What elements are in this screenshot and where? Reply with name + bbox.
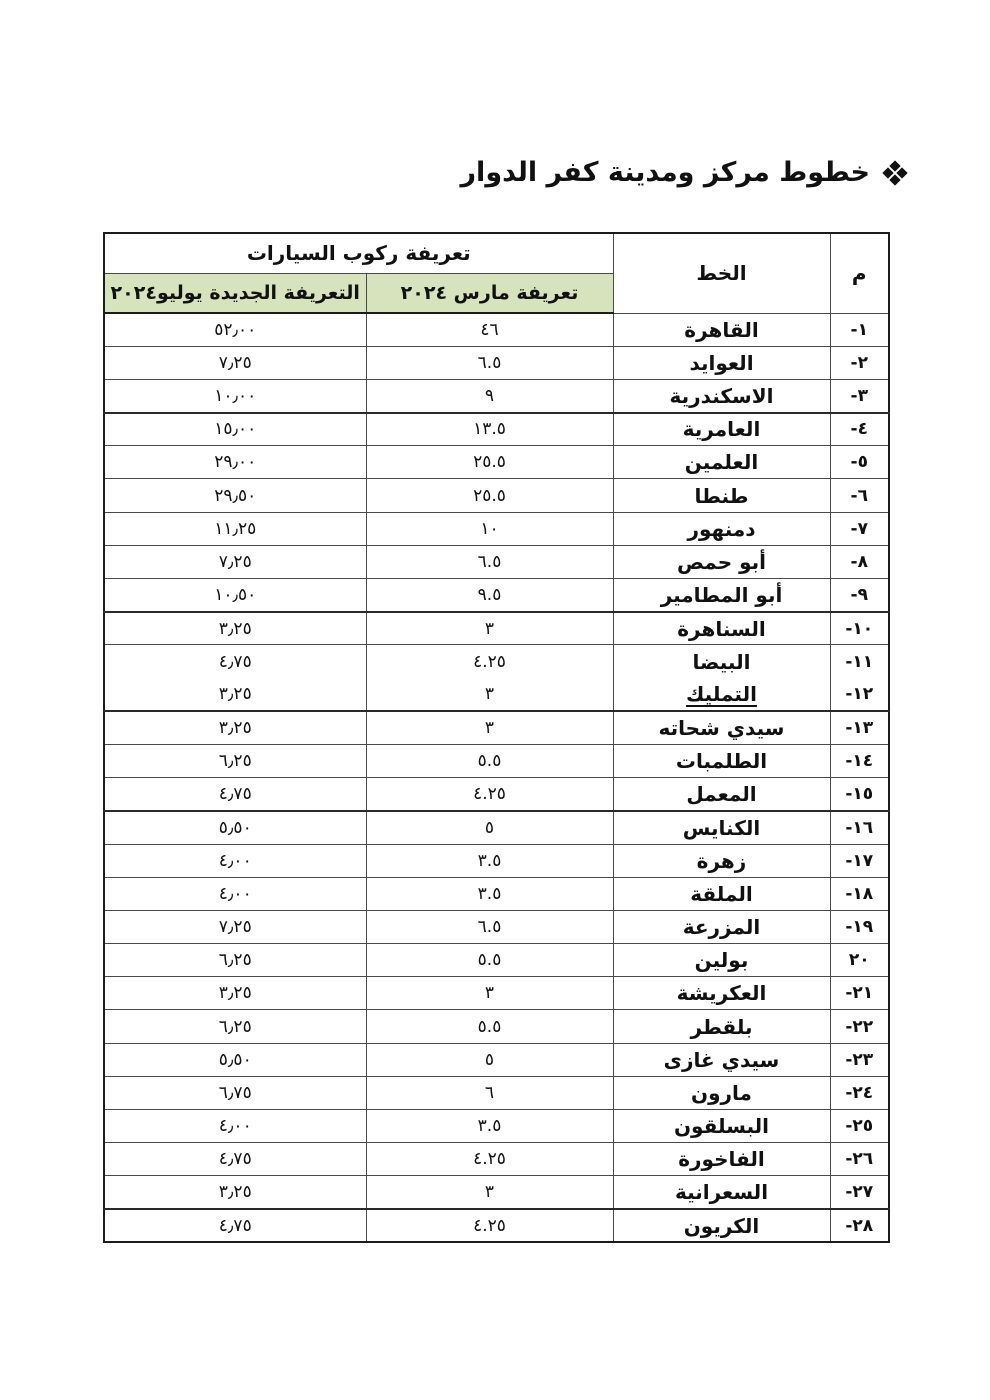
row-number: -١٣ (830, 711, 889, 744)
march-2024-fare: ٢٥.٥ (366, 446, 613, 479)
march-2024-fare: ١٠ (366, 512, 613, 545)
march-2024-fare: ٤.٢٥ (366, 778, 613, 811)
july-2024-fare: ٢٩٫٠٠ (104, 446, 366, 479)
line-name: التمليك (686, 682, 757, 706)
table-row: -٢٦ الفاخورة ٤.٢٥ ٤٫٧٥ (104, 1143, 889, 1176)
line-name: بلقطر (691, 1015, 753, 1039)
line-name: الكنايس (683, 816, 760, 840)
july-2024-fare: ٢٩٫٥٠ (104, 479, 366, 512)
july-2024-fare: ٦٫٢٥ (104, 944, 366, 977)
table-row: -٢٤ مارون ٦ ٦٫٧٥ (104, 1076, 889, 1109)
row-number: -١٥ (830, 778, 889, 811)
march-2024-fare: ٣ (366, 711, 613, 744)
line-name-cell: الطلمبات (613, 744, 830, 777)
line-name: سيدي شحاته (659, 716, 785, 740)
line-name-cell: أبو حمص (613, 545, 830, 578)
table-row: -٥ العلمين ٢٥.٥ ٢٩٫٠٠ (104, 446, 889, 479)
line-name-cell: الملقة (613, 877, 830, 910)
row-number: -٢٧ (830, 1176, 889, 1209)
line-name-cell: بلقطر (613, 1010, 830, 1043)
line-name-cell: البيضا (613, 645, 830, 678)
line-name: أبو حمص (677, 550, 766, 574)
march-2024-fare: ٣.٥ (366, 844, 613, 877)
july-2024-fare: ٤٫٠٠ (104, 844, 366, 877)
line-name: الكريون (684, 1214, 760, 1238)
row-number: -١٠ (830, 612, 889, 645)
line-name-cell: العلمين (613, 446, 830, 479)
july-2024-fare: ٣٫٢٥ (104, 977, 366, 1010)
march-2024-fare: ٩ (366, 379, 613, 412)
line-name-cell: الكنايس (613, 811, 830, 844)
line-name-cell: الكريون (613, 1209, 830, 1242)
table-row: -٢٧ السعرانية ٣ ٣٫٢٥ (104, 1176, 889, 1209)
line-name-cell: القاهرة (613, 313, 830, 346)
line-name-cell: أبو المطامير (613, 579, 830, 612)
july-2024-fare: ٤٫٧٥ (104, 778, 366, 811)
line-name: دمنهور (687, 517, 755, 541)
line-name-cell: البسلقون (613, 1110, 830, 1143)
line-name-cell: الفاخورة (613, 1143, 830, 1176)
line-name-cell: المعمل (613, 778, 830, 811)
line-name-cell: بولين (613, 944, 830, 977)
march-2024-fare: ٦.٥ (366, 910, 613, 943)
row-number: -١١ (830, 645, 889, 678)
july-2024-fare: ٤٫٧٥ (104, 1143, 366, 1176)
row-number: -٩ (830, 579, 889, 612)
header-line: الخط (613, 233, 830, 313)
fare-table: م الخط تعريفة ركوب السيارات تعريفة مارس … (103, 232, 890, 1243)
row-number: -٢٥ (830, 1110, 889, 1143)
july-2024-fare: ٥٢٫٠٠ (104, 313, 366, 346)
row-number: ٢٠ (830, 944, 889, 977)
row-number: -١٢ (830, 678, 889, 711)
july-2024-fare: ١٠٫٥٠ (104, 579, 366, 612)
table-row: -١٨ الملقة ٣.٥ ٤٫٠٠ (104, 877, 889, 910)
table-row: -١٦ الكنايس ٥ ٥٫٥٠ (104, 811, 889, 844)
page-title: خطوط مركز ومدينة كفر الدوار (461, 157, 870, 188)
july-2024-fare: ٣٫٢٥ (104, 678, 366, 711)
line-name-cell: العوايد (613, 346, 830, 379)
table-row: -٢٥ البسلقون ٣.٥ ٤٫٠٠ (104, 1110, 889, 1143)
table-row: -٦ طنطا ٢٥.٥ ٢٩٫٥٠ (104, 479, 889, 512)
march-2024-fare: ٤.٢٥ (366, 645, 613, 678)
march-2024-fare: ٣ (366, 1176, 613, 1209)
line-name: العكريشة (677, 981, 767, 1005)
line-name: البيضا (693, 650, 751, 674)
header-fare-group: تعريفة ركوب السيارات (104, 233, 613, 273)
section-title-row: خطوط مركز ومدينة كفر الدوار (461, 157, 906, 188)
table-row: -٣ الاسكندرية ٩ ١٠٫٠٠ (104, 379, 889, 412)
table-row: -١٠ السناهرة ٣ ٣٫٢٥ (104, 612, 889, 645)
july-2024-fare: ٧٫٢٥ (104, 545, 366, 578)
line-name: العامرية (683, 417, 761, 441)
march-2024-fare: ١٣.٥ (366, 413, 613, 446)
july-2024-fare: ٣٫٢٥ (104, 711, 366, 744)
line-name: العوايد (689, 351, 753, 375)
row-number: -١٩ (830, 910, 889, 943)
four-diamond-bullet-icon (884, 162, 906, 184)
july-2024-fare: ٧٫٢٥ (104, 910, 366, 943)
row-number: -٢٤ (830, 1076, 889, 1109)
row-number: -٢١ (830, 977, 889, 1010)
march-2024-fare: ٢٥.٥ (366, 479, 613, 512)
line-name: السعرانية (675, 1180, 768, 1204)
july-2024-fare: ١٠٫٠٠ (104, 379, 366, 412)
row-number: -١٨ (830, 877, 889, 910)
line-name-cell: السناهرة (613, 612, 830, 645)
line-name: زهرة (697, 849, 747, 873)
table-row: ٢٠ بولين ٥.٥ ٦٫٢٥ (104, 944, 889, 977)
line-name: أبو المطامير (661, 583, 783, 607)
july-2024-fare: ٣٫٢٥ (104, 1176, 366, 1209)
header-no: م (830, 233, 889, 313)
line-name: البسلقون (674, 1114, 769, 1138)
line-name-cell: مارون (613, 1076, 830, 1109)
march-2024-fare: ٣ (366, 612, 613, 645)
july-2024-fare: ٤٫٧٥ (104, 645, 366, 678)
fare-table-header: م الخط تعريفة ركوب السيارات تعريفة مارس … (104, 233, 889, 313)
line-name-cell: سيدي غازى (613, 1043, 830, 1076)
fare-table-body: -١ القاهرة ٤٦ ٥٢٫٠٠ -٢ العوايد ٦.٥ ٧٫٢٥ … (104, 313, 889, 1242)
row-number: -١٤ (830, 744, 889, 777)
line-name-cell: دمنهور (613, 512, 830, 545)
row-number: -٣ (830, 379, 889, 412)
july-2024-fare: ٥٫٥٠ (104, 1043, 366, 1076)
march-2024-fare: ٩.٥ (366, 579, 613, 612)
line-name-cell: المزرعة (613, 910, 830, 943)
march-2024-fare: ٥ (366, 811, 613, 844)
line-name: سيدي غازى (664, 1048, 780, 1072)
line-name: المعمل (686, 782, 756, 806)
july-2024-fare: ٥٫٥٠ (104, 811, 366, 844)
july-2024-fare: ١١٫٢٥ (104, 512, 366, 545)
row-number: -١٧ (830, 844, 889, 877)
line-name: طنطا (695, 484, 749, 508)
row-number: -٨ (830, 545, 889, 578)
row-number: -٢٨ (830, 1209, 889, 1242)
table-row: -٢٨ الكريون ٤.٢٥ ٤٫٧٥ (104, 1209, 889, 1242)
march-2024-fare: ٥.٥ (366, 744, 613, 777)
row-number: -٢ (830, 346, 889, 379)
march-2024-fare: ٥ (366, 1043, 613, 1076)
line-name-cell: العامرية (613, 413, 830, 446)
document-page: { "page": { "title": "خطوط مركز ومدينة ك… (0, 0, 990, 1400)
table-row: -٨ أبو حمص ٦.٥ ٧٫٢٥ (104, 545, 889, 578)
row-number: -٦ (830, 479, 889, 512)
line-name: الاسكندرية (670, 384, 774, 408)
line-name: الملقة (690, 882, 752, 906)
table-row: -٢٣ سيدي غازى ٥ ٥٫٥٠ (104, 1043, 889, 1076)
march-2024-fare: ٥.٥ (366, 944, 613, 977)
line-name-cell: سيدي شحاته (613, 711, 830, 744)
line-name: مارون (691, 1081, 752, 1105)
july-2024-fare: ٤٫٠٠ (104, 1110, 366, 1143)
table-row: -١٤ الطلمبات ٥.٥ ٦٫٢٥ (104, 744, 889, 777)
row-number: -٢٦ (830, 1143, 889, 1176)
line-name-cell: الاسكندرية (613, 379, 830, 412)
table-row: -١٣ سيدي شحاته ٣ ٣٫٢٥ (104, 711, 889, 744)
table-row: -١٩ المزرعة ٦.٥ ٧٫٢٥ (104, 910, 889, 943)
line-name: الفاخورة (678, 1147, 765, 1171)
row-number: -٤ (830, 413, 889, 446)
line-name: المزرعة (683, 915, 761, 939)
table-row: -٤ العامرية ١٣.٥ ١٥٫٠٠ (104, 413, 889, 446)
march-2024-fare: ٣ (366, 977, 613, 1010)
row-number: -٧ (830, 512, 889, 545)
table-row: -٩ أبو المطامير ٩.٥ ١٠٫٥٠ (104, 579, 889, 612)
line-name-cell: زهرة (613, 844, 830, 877)
line-name-cell: طنطا (613, 479, 830, 512)
row-number: -١ (830, 313, 889, 346)
march-2024-fare: ٦ (366, 1076, 613, 1109)
july-2024-fare: ٦٫٧٥ (104, 1076, 366, 1109)
march-2024-fare: ٣ (366, 678, 613, 711)
july-2024-fare: ٦٫٢٥ (104, 744, 366, 777)
march-2024-fare: ٦.٥ (366, 346, 613, 379)
july-2024-fare: ٣٫٢٥ (104, 612, 366, 645)
july-2024-fare: ١٥٫٠٠ (104, 413, 366, 446)
march-2024-fare: ٥.٥ (366, 1010, 613, 1043)
row-number: -٥ (830, 446, 889, 479)
row-number: -١٦ (830, 811, 889, 844)
march-2024-fare: ٤٦ (366, 313, 613, 346)
table-row: -٢٢ بلقطر ٥.٥ ٦٫٢٥ (104, 1010, 889, 1043)
march-2024-fare: ٣.٥ (366, 877, 613, 910)
line-name: الطلمبات (676, 749, 767, 773)
july-2024-fare: ٦٫٢٥ (104, 1010, 366, 1043)
table-row: -١٢ التمليك ٣ ٣٫٢٥ (104, 678, 889, 711)
july-2024-fare: ٧٫٢٥ (104, 346, 366, 379)
table-row: -١ القاهرة ٤٦ ٥٢٫٠٠ (104, 313, 889, 346)
header-march-2024: تعريفة مارس ٢٠٢٤ (366, 273, 613, 313)
line-name-cell: السعرانية (613, 1176, 830, 1209)
july-2024-fare: ٤٫٠٠ (104, 877, 366, 910)
july-2024-fare: ٤٫٧٥ (104, 1209, 366, 1242)
table-row: -٢ العوايد ٦.٥ ٧٫٢٥ (104, 346, 889, 379)
row-number: -٢٢ (830, 1010, 889, 1043)
table-row: -١٧ زهرة ٣.٥ ٤٫٠٠ (104, 844, 889, 877)
line-name-cell: العكريشة (613, 977, 830, 1010)
line-name-cell: التمليك (613, 678, 830, 711)
table-row: -٧ دمنهور ١٠ ١١٫٢٥ (104, 512, 889, 545)
line-name: القاهرة (684, 318, 758, 342)
header-july-2024: التعريفة الجديدة يوليو٢٠٢٤ (104, 273, 366, 313)
line-name: بولين (695, 948, 749, 972)
table-row: -٢١ العكريشة ٣ ٣٫٢٥ (104, 977, 889, 1010)
line-name: السناهرة (677, 617, 766, 641)
march-2024-fare: ٤.٢٥ (366, 1143, 613, 1176)
table-row: -١١ البيضا ٤.٢٥ ٤٫٧٥ (104, 645, 889, 678)
march-2024-fare: ٣.٥ (366, 1110, 613, 1143)
march-2024-fare: ٦.٥ (366, 545, 613, 578)
row-number: -٢٣ (830, 1043, 889, 1076)
march-2024-fare: ٤.٢٥ (366, 1209, 613, 1242)
table-row: -١٥ المعمل ٤.٢٥ ٤٫٧٥ (104, 778, 889, 811)
line-name: العلمين (685, 450, 758, 474)
